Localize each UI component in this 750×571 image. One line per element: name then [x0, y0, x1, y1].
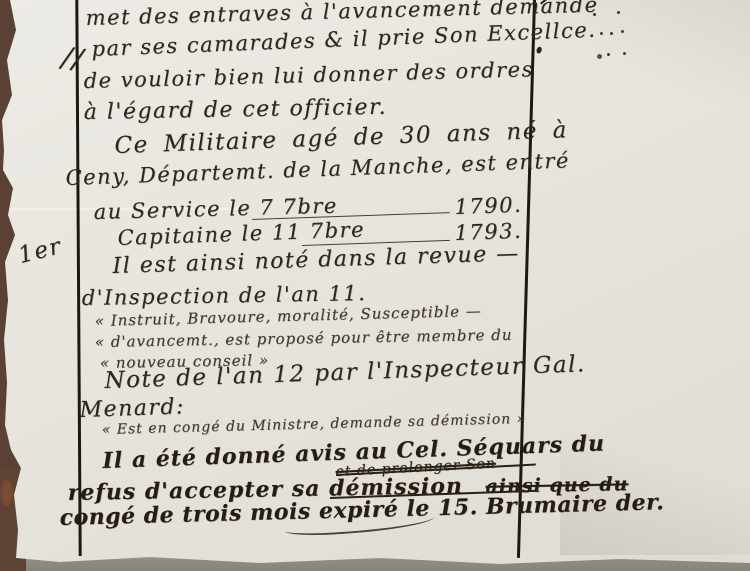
manuscript-photo: 1er met des entraves à l'avancement dema… [0, 0, 750, 571]
manuscript-line: Menard: [79, 394, 185, 423]
manuscript-line: à l'égard de cet officier. [84, 95, 388, 125]
rust-stain [1, 480, 13, 506]
year-value: 1790. [454, 193, 522, 219]
quote-mark: // [60, 40, 86, 76]
